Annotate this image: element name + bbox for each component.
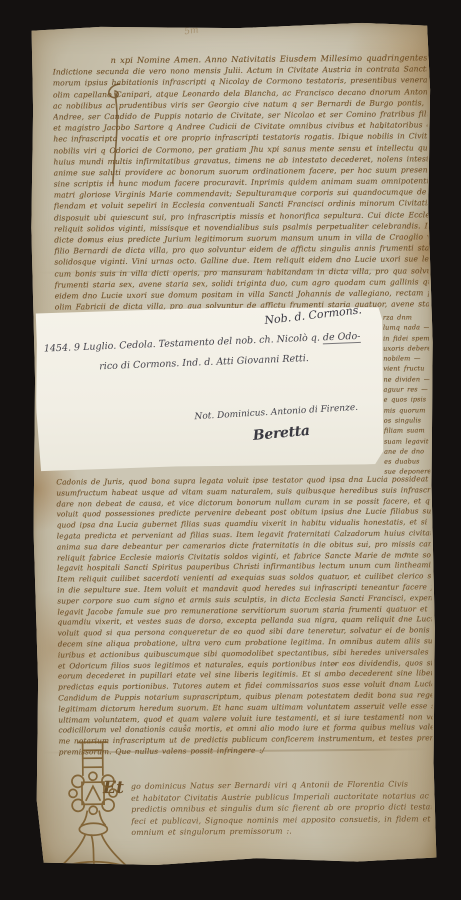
margin-fragment: aguur res — xyxy=(383,384,429,395)
closing-line: omnium et singulorum premissorum :. xyxy=(131,824,431,838)
margin-fragment: vient fructu xyxy=(383,364,429,375)
margin-fragment: in fidei spem xyxy=(383,333,429,344)
slip-summary-text: 1454. 9 Luglio. Cedola. Testamento del n… xyxy=(44,332,323,354)
text-block-upper: n xpi Nomine Amen. Anno Nativitatis Eius… xyxy=(53,52,429,313)
ink-speck xyxy=(381,127,383,129)
slip-signature: Beretta xyxy=(252,423,310,444)
margin-line-endings: rza dnmlumq nada —in fidei spemuxoris de… xyxy=(383,312,430,477)
margin-fragment: nobilem — xyxy=(383,353,429,364)
slip-underlined-name: de Odo- xyxy=(323,331,361,344)
archivist-slip: Nob. d. Cormons. 1454. 9 Luglio. Cedola.… xyxy=(34,304,386,472)
margin-fragment: lumq nada — xyxy=(383,323,429,334)
slip-summary-line-2: rico di Cormons. Ind. d. Atti Giovanni R… xyxy=(99,353,309,372)
margin-fragment: es duabus xyxy=(384,456,430,467)
slip-notary-line: Not. Dominicus. Antonio di Firenze. xyxy=(194,403,358,422)
text-block-lower: Cadonis de Juris, quod bona supra legata… xyxy=(56,474,432,758)
photo-stage: 5m n xpi Nomine Amen. Anno Nativitatis E… xyxy=(0,0,461,900)
ink-speck xyxy=(405,552,407,554)
margin-fragment: mis quorum xyxy=(384,405,430,416)
docket-number: 5m xyxy=(184,25,200,37)
notary-signum-icon xyxy=(51,739,140,872)
closing-lines: go dominicus Natus ser Bernardi viri q A… xyxy=(131,778,431,838)
margin-fragment: e quos ipsis xyxy=(384,395,430,406)
margin-fragment: suam legavit xyxy=(384,436,430,447)
slip-summary-line-1: 1454. 9 Luglio. Cedola. Testamento del n… xyxy=(44,331,361,355)
margin-fragment: ane de dno xyxy=(384,446,430,457)
margin-fragment: rza dnm xyxy=(383,312,429,323)
margin-fragment: filiam suam xyxy=(384,426,430,437)
closing-block: Et go dominicus Natus ser Bernardi viri … xyxy=(131,778,431,838)
margin-fragment: uxoris deberet xyxy=(383,343,429,354)
ink-speck xyxy=(334,663,336,665)
margin-fragment: ne dividen — xyxy=(383,374,429,385)
ink-speck xyxy=(88,239,90,241)
ink-speck xyxy=(184,724,186,726)
margin-fragment: os singulis xyxy=(384,415,430,426)
